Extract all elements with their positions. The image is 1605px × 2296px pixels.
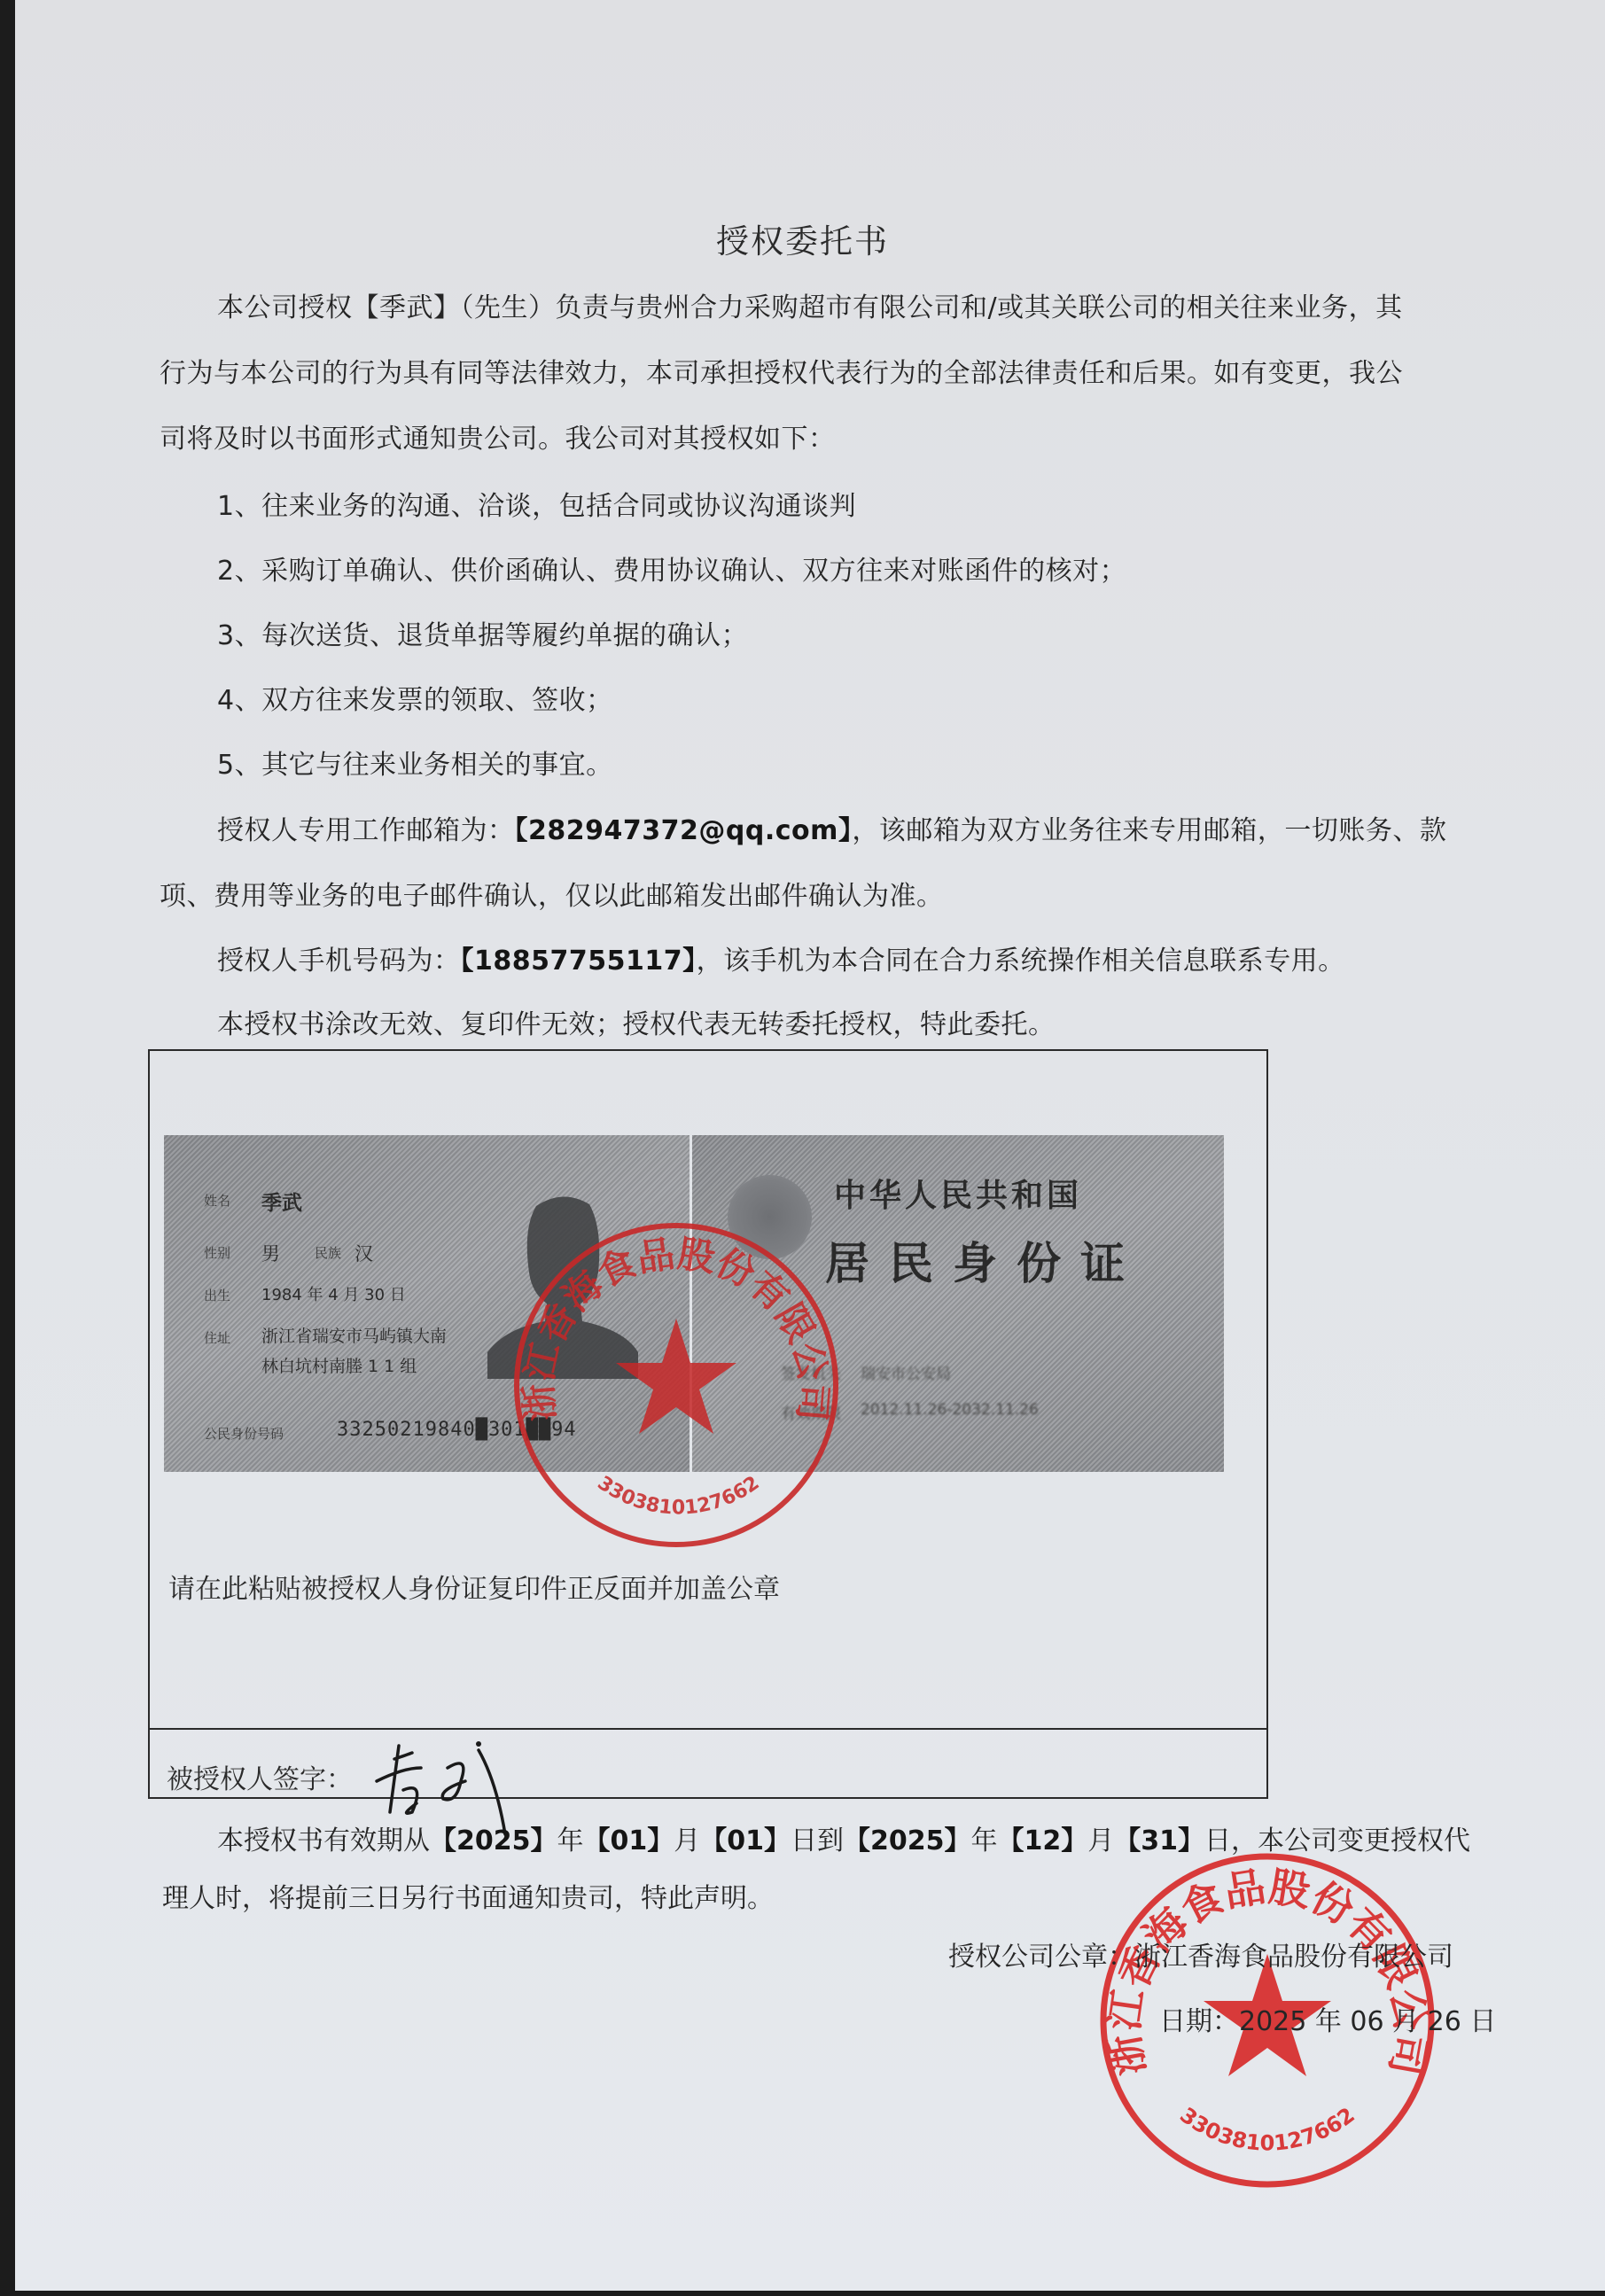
phone-line: 授权人手机号码为：【18857755117】，该手机为本合同在合力系统操作相关信… <box>217 938 1345 977</box>
document-title: 授权委托书 <box>0 214 1605 262</box>
start-day: 【01】 <box>700 1825 791 1856</box>
id-gender-label: 性别 <box>204 1243 230 1262</box>
intro-line-2: 行为与本公司的行为具有同等法律效力，本司承担授权代表行为的全部法律责任和后果。如… <box>160 351 1403 390</box>
id-ethnicity-label: 民族 <box>315 1243 341 1262</box>
start-year: 【2025】 <box>430 1825 557 1856</box>
end-month: 【12】 <box>998 1825 1088 1856</box>
id-name-label: 姓名 <box>204 1191 230 1210</box>
authorized-item-3: 3、每次送货、退货单据等履约单据的确认； <box>217 613 748 652</box>
authorized-item-1: 1、往来业务的沟通、洽谈，包括合同或协议沟通谈判 <box>217 484 856 523</box>
seal-code: 3303810127662 <box>1175 2103 1360 2156</box>
id-address-line-2: 林白坑村南塍 1 1 组 <box>261 1353 417 1377</box>
signature-divider <box>150 1728 1266 1730</box>
validity-statement: 本授权书涂改无效、复印件无效；授权代表无转委托授权，特此委托。 <box>217 1002 1056 1041</box>
period-text: 年 <box>557 1825 584 1856</box>
company-seal-id: 浙江香海食品股份有限公司 3303810127662 <box>503 1212 849 1558</box>
company-name: 浙江香海食品股份有限公司 <box>1134 1942 1453 1973</box>
email-suffix: ，该邮箱为双方业务往来专用邮箱，一切账务、款 <box>852 815 1446 846</box>
id-gender: 男 <box>261 1240 280 1266</box>
id-country: 中华人民共和国 <box>834 1171 1082 1216</box>
period-text: 年 <box>971 1825 998 1856</box>
signature-label: 被授权人签字： <box>167 1757 353 1796</box>
seal-star-icon <box>616 1319 736 1434</box>
document-date: 日期：2025 年 06 月 26 日 <box>1159 1999 1496 2038</box>
phone-prefix: 授权人手机号码为： <box>217 946 461 977</box>
id-birth: 1984 年 4 月 30 日 <box>261 1282 406 1305</box>
authorized-item-4: 4、双方往来发票的领取、签收； <box>217 678 613 717</box>
company-seal-line: 授权公司公章：浙江香海食品股份有限公司 <box>948 1934 1453 1973</box>
id-address-label: 住址 <box>204 1328 230 1347</box>
period-text: 本授权书有效期从 <box>217 1825 430 1856</box>
id-birth-label: 出生 <box>204 1286 230 1304</box>
svg-text:3303810127662: 3303810127662 <box>593 1472 763 1519</box>
end-year: 【2025】 <box>844 1825 971 1856</box>
authorized-phone: 【18857755117】 <box>461 946 697 977</box>
id-issuer: 瑞安市公安局 <box>861 1361 951 1383</box>
authorized-item-5: 5、其它与往来业务相关的事宜。 <box>217 743 613 782</box>
id-valid-period: 2012.11.26-2032.11.26 <box>861 1401 1039 1419</box>
authorized-email: 【282947372@qq.com】 <box>515 815 853 846</box>
id-card-name: 居民身份证 <box>825 1228 1144 1292</box>
email-line-2: 项、费用等业务的电子邮件确认，仅以此邮箱发出邮件确认为准。 <box>160 874 944 913</box>
period-text: 月 <box>674 1825 700 1856</box>
email-prefix: 授权人专用工作邮箱为： <box>217 815 515 846</box>
intro-line-3: 司将及时以书面形式通知贵公司。我公司对其授权如下： <box>160 416 836 455</box>
svg-text:3303810127662: 3303810127662 <box>1175 2103 1360 2156</box>
seal-code: 3303810127662 <box>593 1472 763 1519</box>
email-line: 授权人专用工作邮箱为：【282947372@qq.com】，该邮箱为双方业务往来… <box>217 808 1446 847</box>
start-month: 【01】 <box>584 1825 674 1856</box>
authorized-item-2: 2、采购订单确认、供价函确认、费用协议确认、双方往来对账函件的核对； <box>217 549 1126 588</box>
intro-line-1: 本公司授权【季武】（先生）负责与贵州合力采购超市有限公司和/或其关联公司的相关往… <box>217 285 1403 324</box>
id-paste-hint: 请在此粘贴被授权人身份证复印件正反面并加盖公章 <box>168 1567 780 1606</box>
validity-period-line-2: 理人时，将提前三日另行书面通知贵司，特此声明。 <box>162 1876 774 1915</box>
id-name: 季武 <box>261 1187 302 1216</box>
phone-suffix: ，该手机为本合同在合力系统操作相关信息联系专用。 <box>697 946 1345 977</box>
company-seal-label: 授权公司公章： <box>948 1942 1134 1973</box>
id-ethnicity: 汉 <box>355 1240 373 1266</box>
id-number-label: 公民身份号码 <box>204 1424 284 1443</box>
period-text: 日到 <box>791 1825 844 1856</box>
id-address-line-1: 浙江省瑞安市马屿镇大南 <box>261 1323 447 1347</box>
